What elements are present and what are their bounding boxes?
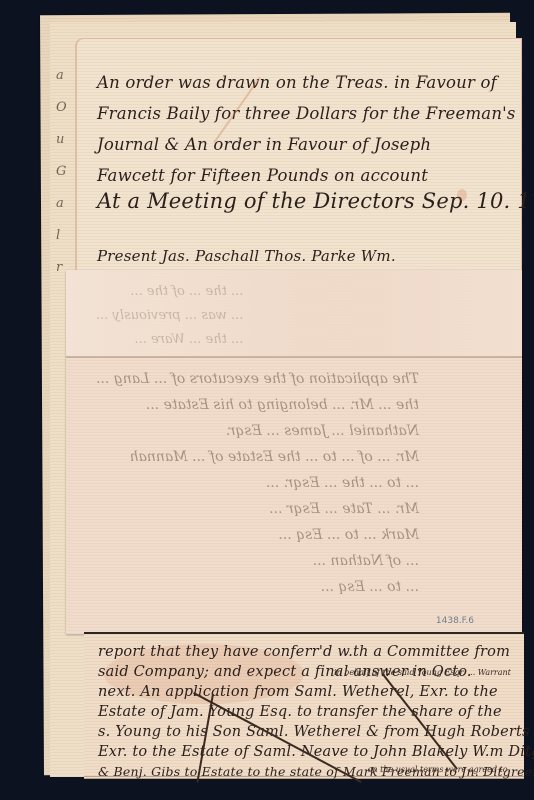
minutes-line: s. Young to his Son Saml. Wetherel & fro…: [98, 722, 534, 742]
minutes-line: Estate of Jam. Young Esq. to transfer th…: [98, 702, 534, 722]
order-line: Francis Baily for three Dollars for the …: [97, 98, 516, 129]
bleed-line: ... was ... previously ...: [96, 304, 243, 328]
bleed-line: Mark ... to ... Esq ...: [96, 522, 419, 548]
lower-page-fragment: report that they have conferr'd w.th a C…: [84, 632, 524, 779]
order-line: An order was drawn on the Treas. in Favo…: [97, 67, 516, 98]
lower-minutes: report that they have conferr'd w.th a C…: [98, 642, 534, 782]
bleed-through-top: ... the ... of the ... ... was ... previ…: [96, 280, 243, 352]
bleed-through-text: The application of the executors of ... …: [96, 366, 419, 600]
order-entry: An order was drawn on the Treas. in Favo…: [97, 67, 516, 191]
minutes-line: report that they have conferr'd w.th a C…: [98, 642, 534, 662]
bleed-line: ... of Nathan ...: [96, 548, 419, 574]
footnote-line: on the usual terms were agreed to.: [368, 765, 510, 774]
interlinear-note: in behalf of the said Young Esqr. ... Wa…: [334, 668, 511, 677]
main-page: An order was drawn on the Treas. in Favo…: [76, 38, 522, 280]
bleed-line: ... the ... of the ...: [96, 280, 243, 304]
bleed-line: ... to ... the ... Esqr. ...: [96, 470, 419, 496]
bleed-line: The application of the executors of ... …: [96, 366, 419, 392]
meeting-heading: At a Meeting of the Directors Sep. 10. 1…: [97, 189, 534, 213]
bleed-line: Nathaniel ... James ... Esqr.: [96, 418, 419, 444]
ink-stain: [457, 189, 467, 201]
bleed-line: ... to ... Esq ...: [96, 574, 419, 600]
order-line: Fawcett for Fifteen Pounds on account: [97, 160, 516, 191]
bleed-line: Mr. ... of ... to ... the Estate of ... …: [96, 444, 419, 470]
bleed-line: Mr. ... Tate ... Esqr ...: [96, 496, 419, 522]
pasted-slip: ... the ... of the ... ... was ... previ…: [66, 270, 522, 634]
order-line: Journal & An order in Favour of Joseph: [97, 129, 516, 160]
minutes-line: next. An application from Saml. Wetherel…: [98, 682, 534, 702]
bleed-line: ... the ... Ware ...: [96, 328, 243, 352]
present-line: Present Jas. Paschall Thos. Parke Wm.: [97, 247, 396, 265]
bleed-line: the ... Mr. ... belonging to his Estate …: [96, 392, 419, 418]
archive-reference: 1438.F.6: [436, 616, 474, 626]
